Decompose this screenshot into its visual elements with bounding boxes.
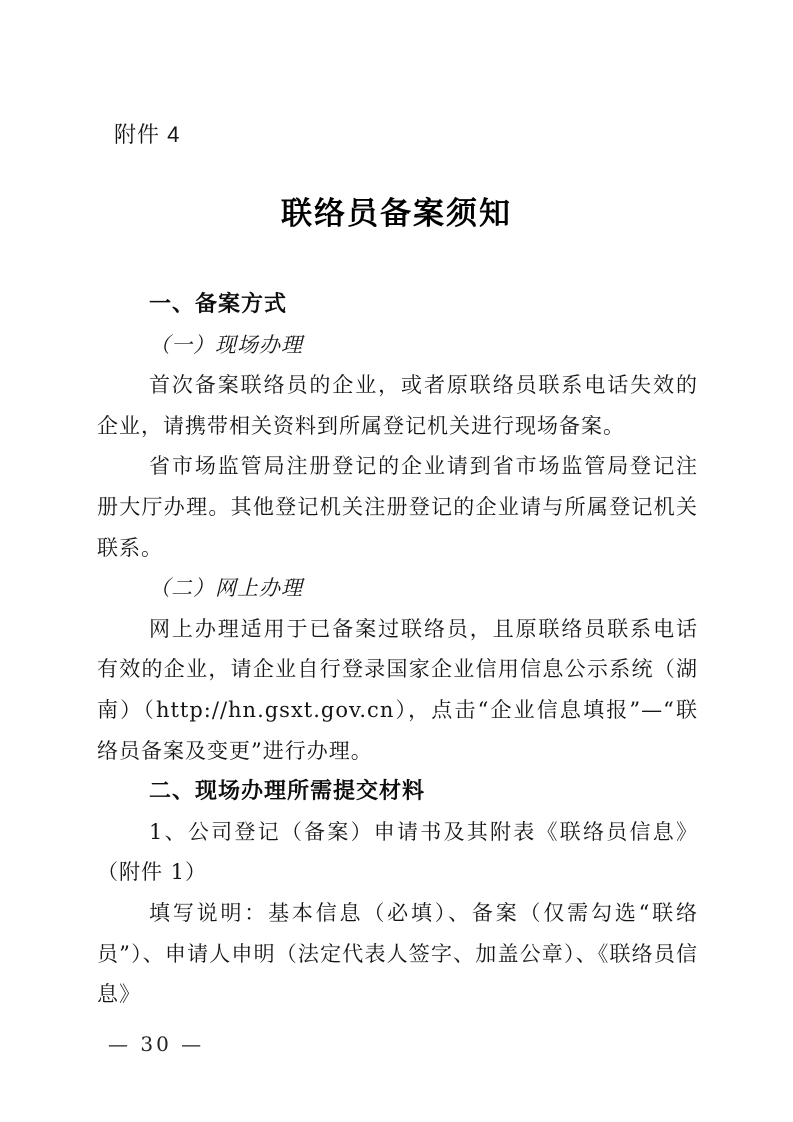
subheading-onsite-processing: （一）现场办理	[97, 325, 698, 366]
attachment-label: 附件 4	[114, 118, 180, 149]
document-body: 一、备案方式 （一）现场办理 首次备案联络员的企业，或者原联络员联系电话失效的企…	[97, 284, 698, 1015]
paragraph-online-instructions: 网上办理适用于已备案过联络员，且原联络员联系电话有效的企业，请企业自行登录国家企…	[97, 609, 698, 771]
paragraph-provincial-bureau: 省市场监管局注册登记的企业请到省市场监管局登记注册大厅办理。其他登记机关注册登记…	[97, 446, 698, 568]
document-page: 附件 4 联络员备案须知 一、备案方式 （一）现场办理 首次备案联络员的企业，或…	[0, 0, 793, 1122]
section-heading-filing-method: 一、备案方式	[97, 284, 698, 325]
section-heading-required-materials: 二、现场办理所需提交材料	[97, 771, 698, 812]
subheading-online-processing: （二）网上办理	[97, 568, 698, 609]
document-title: 联络员备案须知	[0, 188, 793, 233]
page-number: — 30 —	[108, 1032, 204, 1056]
paragraph-filling-instructions: 填写说明：基本信息（必填）、备案（仅需勾选“联络员”）、申请人申明（法定代表人签…	[97, 893, 698, 1015]
paragraph-first-time-filing: 首次备案联络员的企业，或者原联络员联系电话失效的企业，请携带相关资料到所属登记机…	[97, 365, 698, 446]
paragraph-application-form: 1、公司登记（备案）申请书及其附表《联络员信息》（附件 1）	[97, 812, 698, 893]
